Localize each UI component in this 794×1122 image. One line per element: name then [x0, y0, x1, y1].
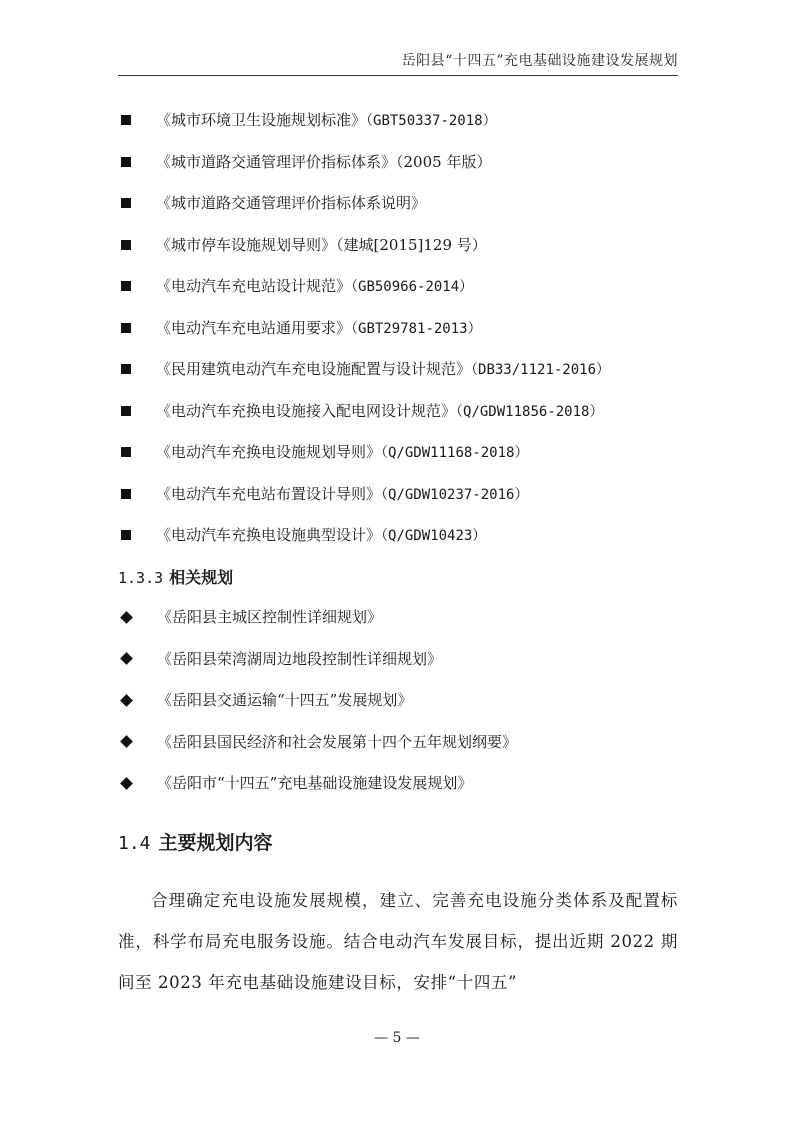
- item-title: 《电动汽车充电站布置设计导则》: [156, 485, 381, 503]
- square-bullet-icon: [121, 406, 131, 416]
- list-item: 《民用建筑电动汽车充电设施配置与设计规范》（DB33/1121-2016）: [118, 349, 610, 389]
- diamond-bullet-icon: [120, 652, 133, 665]
- list-item: 《电动汽车充换电设施典型设计》（Q/GDW10423）: [118, 515, 486, 555]
- section-title: 主要规划内容: [159, 832, 273, 854]
- list-item: 《城市停车设施规划导则》（建城[2015]129 号）: [118, 225, 487, 265]
- diamond-bullet-icon: [120, 735, 133, 748]
- item-code: （GBT50337-2018）: [366, 113, 497, 129]
- square-bullet-icon: [121, 489, 131, 499]
- item-code: （Q/GDW11168-2018）: [381, 445, 528, 461]
- subsection-number: 1.3.3: [118, 569, 163, 587]
- item-code: （GB50966-2014）: [351, 279, 473, 295]
- header-divider: [118, 75, 678, 76]
- list-item: 《城市道路交通管理评价指标体系说明》: [118, 183, 426, 223]
- list-item: 《岳阳市“十四五”充电基础设施建设发展规划》: [118, 763, 472, 803]
- item-title: 《岳阳市“十四五”充电基础设施建设发展规划》: [157, 774, 472, 792]
- item-title: 《电动汽车充电站设计规范》: [156, 277, 351, 295]
- item-title: 《电动汽车充换电设施接入配电网设计规范》: [156, 402, 456, 420]
- body-paragraph: 合理确定充电设施发展规模，建立、完善充电设施分类体系及配置标准，科学布局充电服务…: [118, 880, 678, 1003]
- square-bullet-icon: [121, 198, 131, 208]
- item-title: 《电动汽车充换电设施典型设计》: [156, 526, 381, 544]
- subsection-heading: 1.3.3相关规划: [118, 563, 233, 593]
- item-code: （Q/GDW10423）: [381, 528, 486, 544]
- item-title: 《岳阳县交通运输“十四五”发展规划》: [157, 691, 412, 709]
- item-title: 《电动汽车充换电设施规划导则》: [156, 443, 381, 461]
- item-code: （Q/GDW10237-2016）: [381, 487, 528, 503]
- square-bullet-icon: [121, 240, 131, 250]
- list-item: 《电动汽车充电站布置设计导则》（Q/GDW10237-2016）: [118, 474, 528, 514]
- square-bullet-icon: [121, 530, 131, 540]
- square-bullet-icon: [121, 115, 131, 125]
- list-item: 《电动汽车充电站设计规范》（GB50966-2014）: [118, 266, 473, 306]
- item-code: （2005 年版）: [396, 153, 491, 171]
- square-bullet-icon: [121, 157, 131, 167]
- list-item: 《城市道路交通管理评价指标体系》（2005 年版）: [118, 142, 491, 182]
- diamond-bullet-icon: [120, 777, 133, 790]
- diamond-bullet-icon: [120, 694, 133, 707]
- square-bullet-icon: [121, 364, 131, 374]
- item-code: （GBT29781-2013）: [351, 321, 482, 337]
- list-item: 《岳阳县国民经济和社会发展第十四个五年规划纲要》: [118, 722, 517, 762]
- square-bullet-icon: [121, 323, 131, 333]
- section-number: 1.4: [118, 833, 151, 854]
- subsection-title: 相关规划: [169, 568, 233, 587]
- item-title: 《岳阳县国民经济和社会发展第十四个五年规划纲要》: [157, 733, 517, 751]
- list-item: 《岳阳县主城区控制性详细规划》: [118, 597, 382, 637]
- page-number: — 5 —: [0, 1030, 794, 1046]
- section-heading: 1.4主要规划内容: [118, 826, 273, 860]
- item-code: （Q/GDW11856-2018）: [456, 404, 603, 420]
- item-title: 《岳阳县荣湾湖周边地段控制性详细规划》: [157, 650, 442, 668]
- item-title: 《电动汽车充电站通用要求》: [156, 319, 351, 337]
- list-item: 《电动汽车充换电设施规划导则》（Q/GDW11168-2018）: [118, 432, 528, 472]
- square-bullet-icon: [121, 281, 131, 291]
- list-item: 《岳阳县交通运输“十四五”发展规划》: [118, 680, 412, 720]
- item-title: 《城市环境卫生设施规划标准》: [156, 111, 366, 129]
- item-title: 《城市道路交通管理评价指标体系说明》: [156, 194, 426, 212]
- list-item: 《电动汽车充电站通用要求》（GBT29781-2013）: [118, 308, 482, 348]
- running-header: 岳阳县“十四五”充电基础设施建设发展规划: [118, 50, 678, 70]
- item-title: 《岳阳县主城区控制性详细规划》: [157, 608, 382, 626]
- list-item: 《城市环境卫生设施规划标准》（GBT50337-2018）: [118, 100, 497, 140]
- list-item: 《电动汽车充换电设施接入配电网设计规范》（Q/GDW11856-2018）: [118, 391, 603, 431]
- item-title: 《城市停车设施规划导则》: [156, 236, 336, 254]
- item-code: （DB33/1121-2016）: [471, 362, 610, 378]
- square-bullet-icon: [121, 447, 131, 457]
- list-item: 《岳阳县荣湾湖周边地段控制性详细规划》: [118, 639, 442, 679]
- item-code: （建城[2015]129 号）: [336, 236, 487, 254]
- diamond-bullet-icon: [120, 611, 133, 624]
- item-title: 《民用建筑电动汽车充电设施配置与设计规范》: [156, 360, 471, 378]
- item-title: 《城市道路交通管理评价指标体系》: [156, 153, 396, 171]
